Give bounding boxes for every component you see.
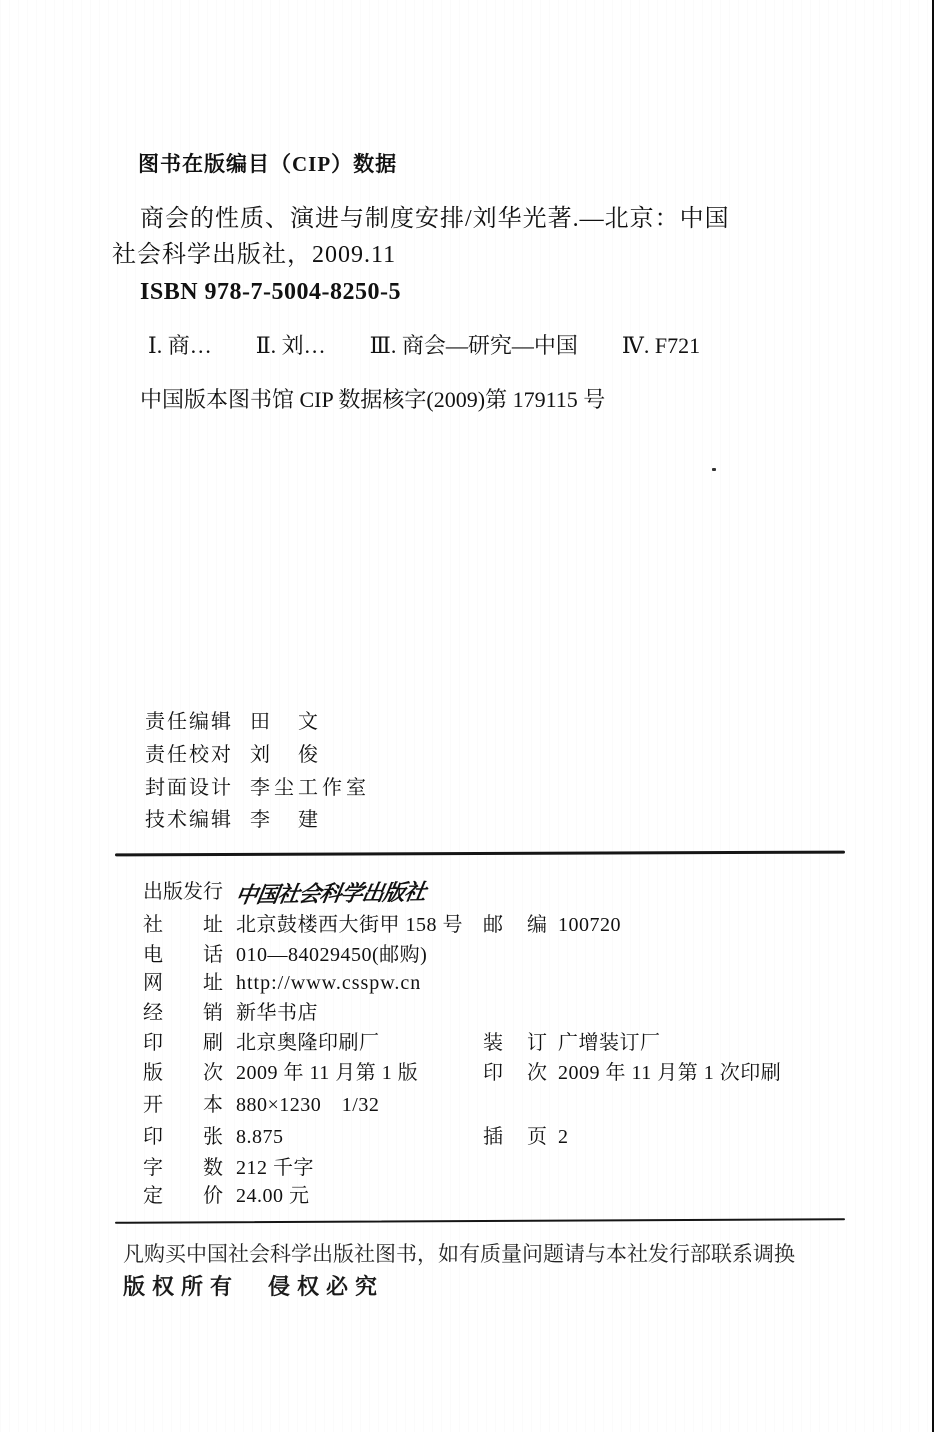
cip-record-line: 中国版本图书馆 CIP 数据核字(2009)第 179115 号 xyxy=(140,387,605,412)
publication-right-label: 插页 xyxy=(483,1126,547,1149)
publication-value: 880×1230 1/32 xyxy=(236,1094,379,1116)
publisher-logo-script: 中国社会科学出版社 xyxy=(234,879,428,908)
publication-value: 新华书店 xyxy=(236,1002,318,1024)
publication-value: http://www.csspw.cn xyxy=(236,972,421,994)
scan-speck xyxy=(712,468,716,471)
staff-row: 技术编辑李 建 xyxy=(145,809,322,832)
cip-entry-line1: 商会的性质、演进与制度安排/刘华光著.—北京：中国 xyxy=(140,206,730,234)
staff-value: 李 建 xyxy=(250,809,322,831)
staff-value: 刘 俊 xyxy=(250,744,322,766)
publication-right: 邮编100720 xyxy=(483,914,621,937)
publication-value: 北京奥隆印刷厂 xyxy=(236,1032,380,1054)
cip-entry-line2: 社会科学出版社，2009.11 xyxy=(112,242,396,270)
staff-row: 责任编辑田 文 xyxy=(145,711,322,734)
quality-notice: 凡购买中国社会科学出版社图书，如有质量问题请与本社发行部联系调换 xyxy=(123,1243,795,1267)
publication-row: 版次2009 年 11 月第 1 版 印次2009 年 11 月第 1 次印刷 xyxy=(143,1062,418,1085)
publication-right: 印次2009 年 11 月第 1 次印刷 xyxy=(483,1062,781,1085)
publication-label: 印刷 xyxy=(143,1032,223,1055)
staff-label: 责任编辑 xyxy=(145,711,231,734)
publication-right-label: 装订 xyxy=(483,1032,547,1055)
publication-value: 北京鼓楼西大街甲 158 号 xyxy=(236,914,463,936)
publication-value: 8.875 xyxy=(236,1126,284,1148)
publication-row: 经销新华书店 xyxy=(143,1002,318,1025)
publication-label: 社址 xyxy=(143,914,223,937)
publication-row: 定价24.00 元 xyxy=(143,1185,310,1208)
publication-row: 开本880×1230 1/32 xyxy=(143,1094,379,1117)
copyright-notice: 版权所有 侵权必究 xyxy=(123,1274,384,1299)
publication-right-label: 邮编 xyxy=(483,914,547,937)
publication-right-value: 2 xyxy=(558,1126,569,1148)
publication-right: 插页2 xyxy=(483,1126,569,1149)
cip-header: 图书在版编目（CIP）数据 xyxy=(138,152,397,176)
publication-row: 印刷北京奥隆印刷厂 装订广增装订厂 xyxy=(143,1032,380,1055)
scan-edge-line xyxy=(932,0,934,1432)
staff-value: 李尘工作室 xyxy=(250,777,370,799)
publication-label: 开本 xyxy=(143,1094,223,1117)
publication-right: 装订广增装订厂 xyxy=(483,1032,661,1055)
publication-row: 电话010—84029450(邮购) xyxy=(143,944,427,967)
publication-row: 出版发行中国社会科学出版社 xyxy=(143,881,425,907)
staff-label: 技术编辑 xyxy=(145,809,231,832)
staff-label: 责任校对 xyxy=(145,744,231,767)
publication-label: 版次 xyxy=(143,1062,223,1085)
publication-right-label: 印次 xyxy=(483,1062,547,1085)
publication-right-value: 100720 xyxy=(558,914,621,936)
isbn-line: ISBN 978-7-5004-8250-5 xyxy=(140,279,401,307)
publication-label: 定价 xyxy=(143,1185,223,1208)
publication-value: 010—84029450(邮购) xyxy=(236,944,427,966)
publication-label: 经销 xyxy=(143,1002,223,1025)
publication-label: 电话 xyxy=(143,944,223,967)
publication-right-value: 广增装订厂 xyxy=(558,1032,661,1054)
staff-row: 责任校对刘 俊 xyxy=(145,744,322,767)
publication-right-value: 2009 年 11 月第 1 次印刷 xyxy=(558,1062,781,1084)
publication-value: 212 千字 xyxy=(236,1157,314,1179)
publication-row: 字数212 千字 xyxy=(143,1157,314,1180)
classification-line: Ⅰ. 商… Ⅱ. 刘… Ⅲ. 商会—研究—中国 Ⅳ. F721 xyxy=(148,333,700,358)
publication-value: 24.00 元 xyxy=(236,1185,310,1207)
publication-label: 印张 xyxy=(143,1126,223,1149)
staff-row: 封面设计李尘工作室 xyxy=(145,777,370,800)
publication-label: 字数 xyxy=(143,1157,223,1180)
publication-row: 印张8.875 插页2 xyxy=(143,1126,284,1149)
staff-label: 封面设计 xyxy=(145,777,231,800)
staff-value: 田 文 xyxy=(250,711,322,733)
publication-row: 网址http://www.csspw.cn xyxy=(143,972,421,995)
publication-value: 2009 年 11 月第 1 版 xyxy=(236,1062,418,1084)
publication-label: 网址 xyxy=(143,972,223,995)
publication-label: 出版发行 xyxy=(143,881,223,904)
divider-bottom xyxy=(115,1218,845,1224)
divider-top xyxy=(115,851,845,857)
copyright-page: 图书在版编目（CIP）数据 商会的性质、演进与制度安排/刘华光著.—北京：中国 … xyxy=(0,0,936,1432)
publication-row: 社址北京鼓楼西大街甲 158 号 邮编100720 xyxy=(143,914,463,937)
